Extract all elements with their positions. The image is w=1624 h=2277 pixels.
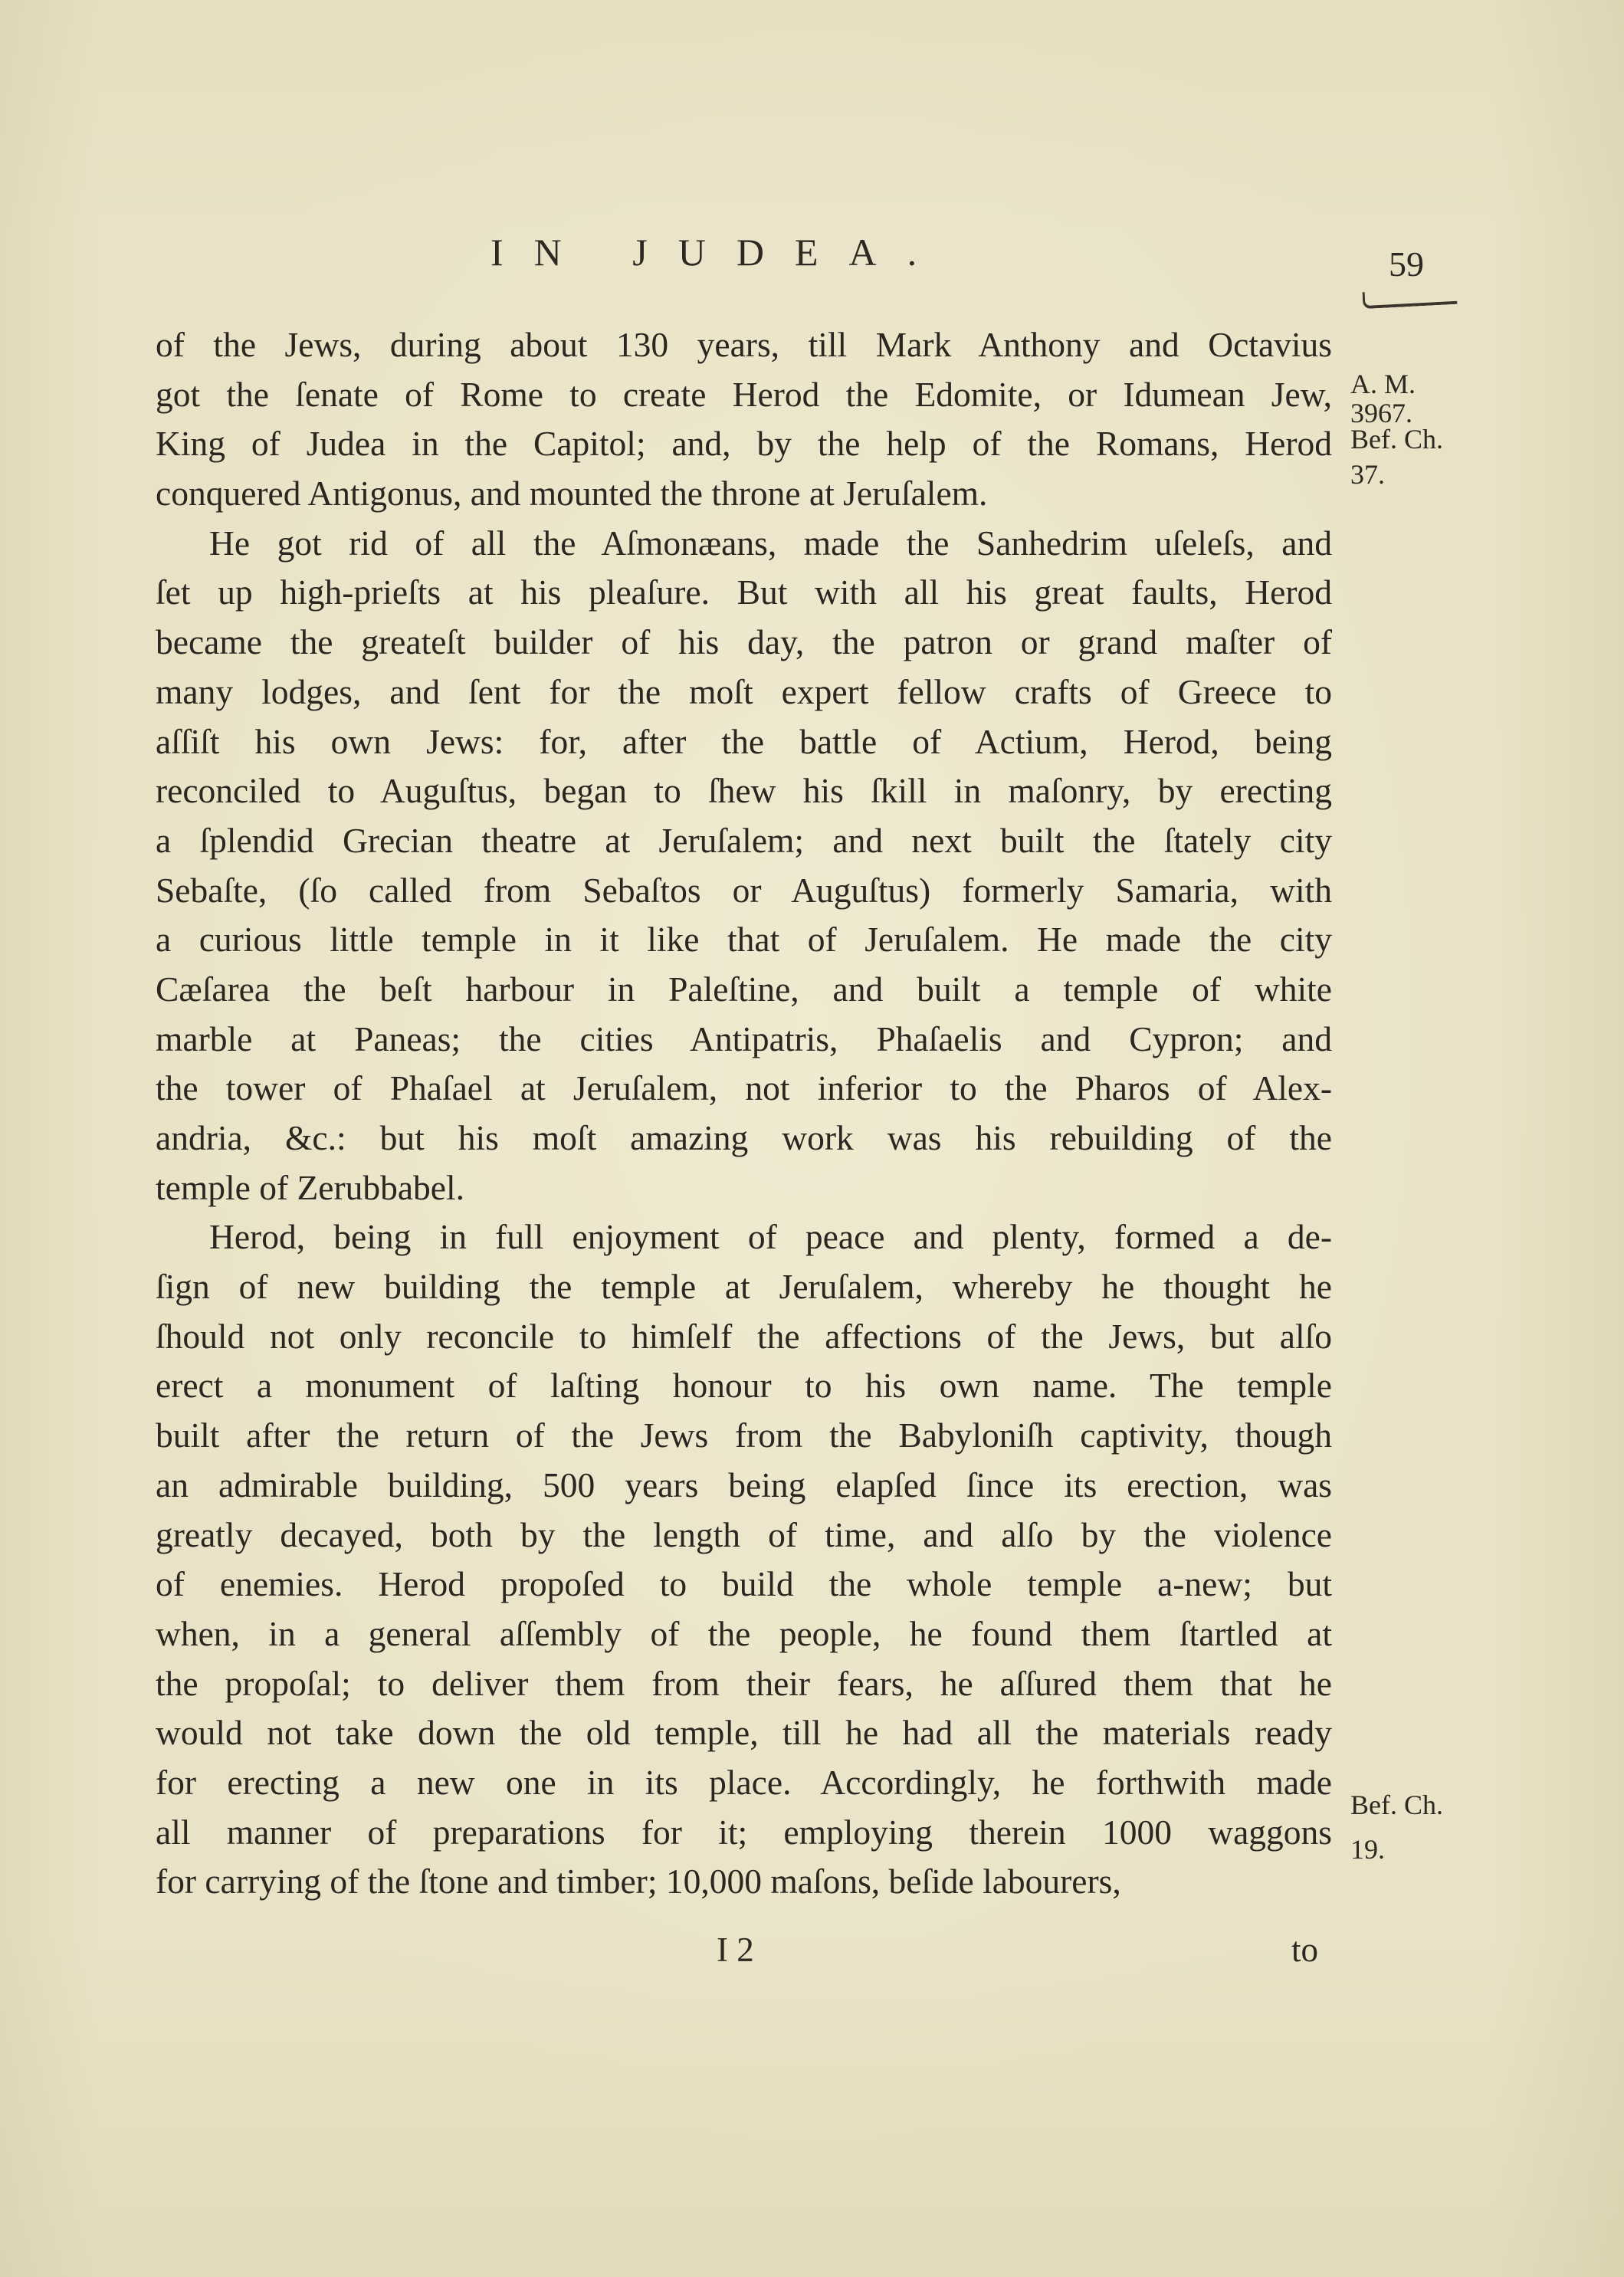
text-line: erect a monument of laſting honour to hi… (156, 1361, 1332, 1411)
text-line: an admirable building, 500 years being e… (156, 1461, 1332, 1511)
margin-note-date-19bc: Bef. Ch. 19. (1350, 1787, 1443, 1867)
text-line: of the Jews, during about 130 years, til… (156, 320, 1332, 370)
catchword: to (1291, 1930, 1318, 1970)
margin-note-line: 37. (1350, 457, 1443, 492)
text-line: for erecting a new one in its place. Acc… (156, 1758, 1332, 1808)
text-line: a curious little temple in it like that … (156, 915, 1332, 965)
text-line: got the ſenate of Rome to create Herod t… (156, 370, 1332, 420)
text-line: conquered Antigonus, and mounted the thr… (156, 469, 1332, 519)
text-line: greatly decayed, both by the length of t… (156, 1511, 1332, 1560)
margin-note-date-37bc: A. M. 3967. Bef. Ch. 37. (1350, 366, 1443, 492)
text-line: the propoſal; to deliver them from their… (156, 1659, 1332, 1709)
text-line: the tower of Phaſael at Jeruſalem, not i… (156, 1064, 1332, 1114)
book-page: IN JUDEA. 59 of the Jews, during about 1… (0, 0, 1624, 2277)
text-line: Cæſarea the beſt harbour in Paleſtine, a… (156, 965, 1332, 1015)
margin-note-line: Bef. Ch. (1350, 422, 1443, 457)
paragraph-start-line: He got rid of all the Aſmonæans, made th… (156, 519, 1332, 569)
text-line: when, in a general aſſembly of the peopl… (156, 1609, 1332, 1659)
page-number: 59 (1389, 244, 1424, 284)
text-line: for carrying of the ſtone and timber; 10… (156, 1857, 1332, 1907)
signature-mark: I 2 (717, 1930, 754, 1970)
text-line: King of Judea in the Capitol; and, by th… (156, 419, 1332, 469)
text-line: temple of Zerubbabel. (156, 1163, 1332, 1213)
text-line: all manner of preparations for it; emplo… (156, 1808, 1332, 1858)
margin-note-line: 19. (1350, 1832, 1443, 1867)
text-line: ſet up high-prieſts at his pleaſure. But… (156, 568, 1332, 618)
text-line: Sebaſte, (ſo called from Sebaſtos or Aug… (156, 866, 1332, 916)
text-line: a ſplendid Grecian theatre at Jeruſalem;… (156, 816, 1332, 866)
text-line: many lodges, and ſent for the moſt exper… (156, 668, 1332, 717)
body-text: of the Jews, during about 130 years, til… (156, 320, 1332, 1907)
paragraph-start-line: Herod, being in full enjoyment of peace … (156, 1212, 1332, 1262)
running-head: IN JUDEA. (490, 230, 947, 274)
text-line: ſhould not only reconcile to himſelf the… (156, 1312, 1332, 1362)
page-number-bracket-mark (1363, 287, 1458, 309)
text-line: built after the return of the Jews from … (156, 1411, 1332, 1461)
text-line: marble at Paneas; the cities Antipatris,… (156, 1015, 1332, 1065)
text-line: aſſiſt his own Jews: for, after the batt… (156, 717, 1332, 767)
text-line: ſign of new building the temple at Jeruſ… (156, 1262, 1332, 1312)
text-line: became the greateſt builder of his day, … (156, 618, 1332, 668)
margin-note-line: Bef. Ch. (1350, 1787, 1443, 1823)
text-line: of enemies. Herod propoſed to build the … (156, 1560, 1332, 1609)
text-line: andria, &c.: but his moſt amazing work w… (156, 1114, 1332, 1163)
text-line: reconciled to Auguſtus, began to ſhew hi… (156, 766, 1332, 816)
text-line: would not take down the old temple, till… (156, 1708, 1332, 1758)
